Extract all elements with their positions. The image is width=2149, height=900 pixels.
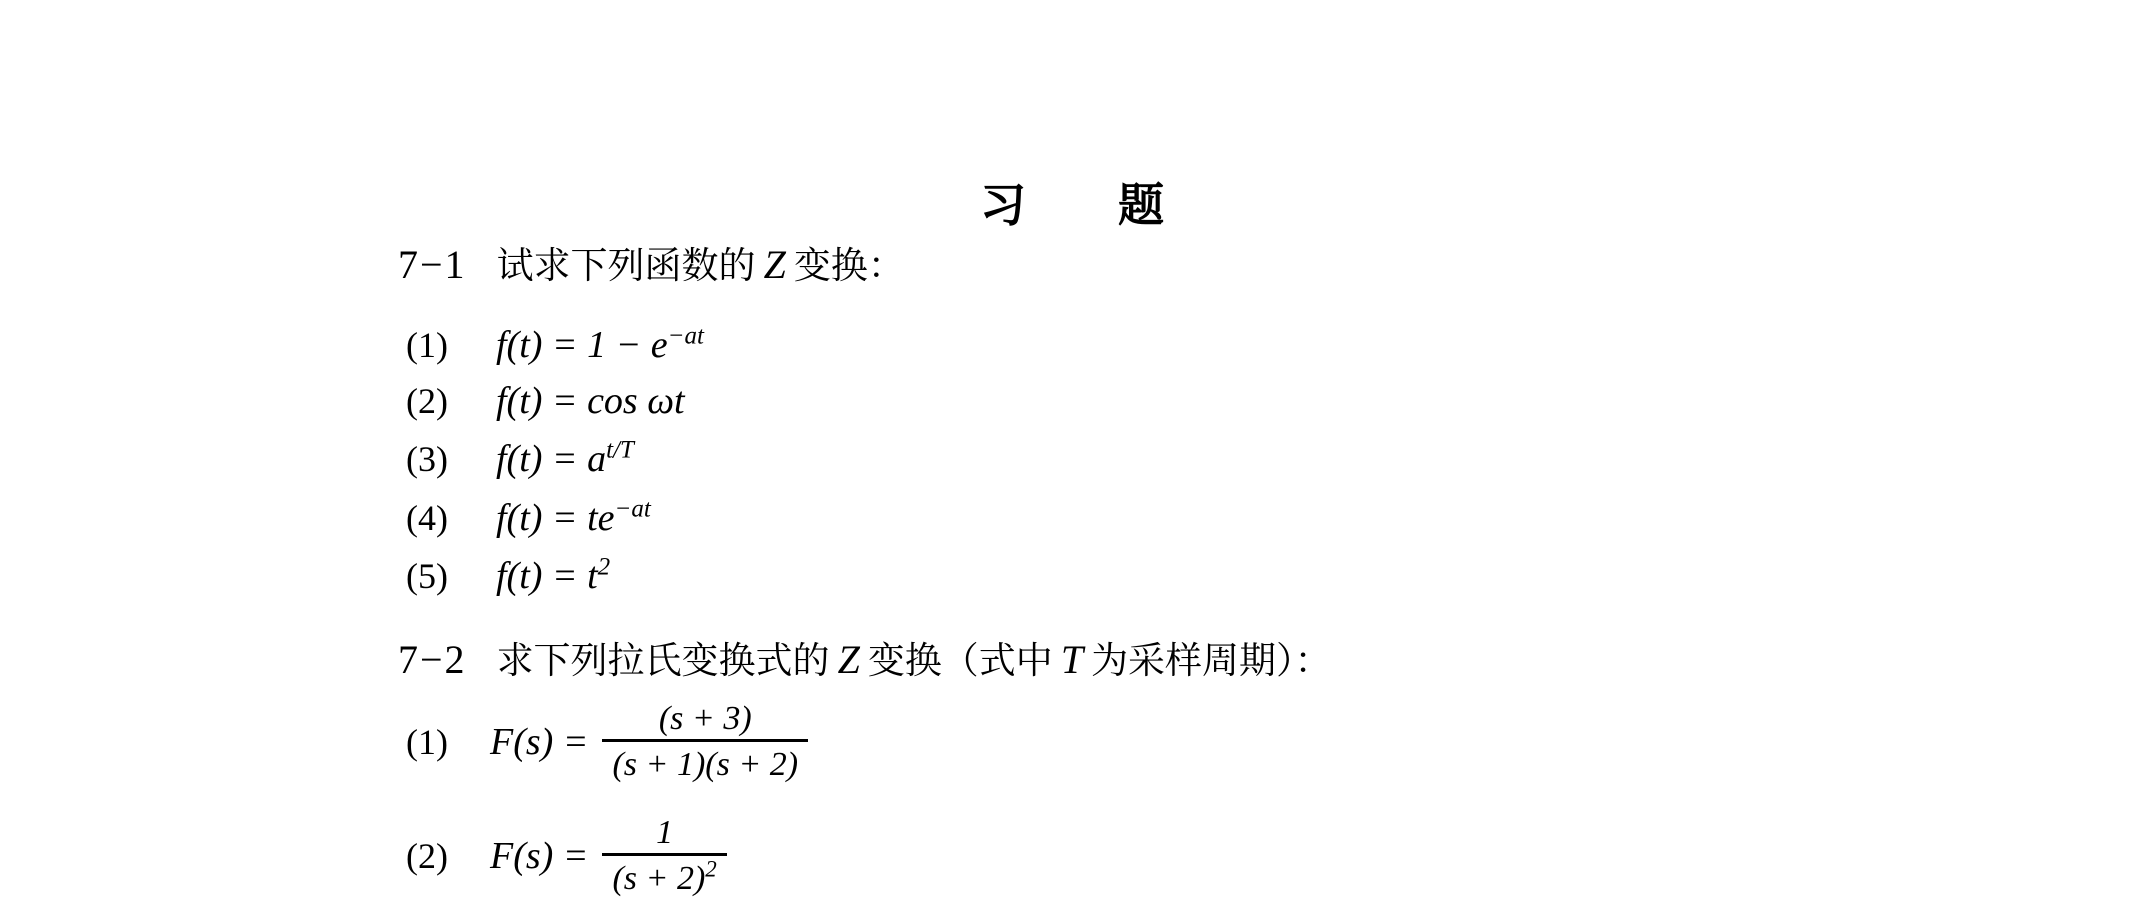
formula-base: f(t) = a [496,438,606,480]
formula-lhs: F(s) = [490,834,588,878]
document-page: 习 题 7−1试求下列函数的Z变换： (1)f(t) = 1 − e−at (2… [0,0,2149,900]
problem-7-2-text-post: 为采样周期）： [1091,641,1332,682]
item-number: (1) [406,325,496,366]
denominator-base: (s + 2) [612,860,705,897]
fraction-numerator: 1 [646,812,683,853]
denominator-superscript: 2 [705,857,717,882]
formula: f(t) = 1 − e−at [496,324,704,366]
denominator-base: (s + 1)(s + 2) [612,746,798,783]
page-title: 习 题 [980,182,1164,228]
problem-7-2-item-1: (1) F(s) = (s + 3) (s + 1)(s + 2) [406,698,808,786]
formula-base: f(t) = te [496,497,615,539]
fraction: 1 (s + 2)2 [602,812,726,900]
problem-7-2-item-2: (2) F(s) = 1 (s + 2)2 [406,812,727,900]
formula-base: f(t) = t [496,555,598,597]
problem-7-1-item-4: (4)f(t) = te−at [406,497,651,541]
formula-superscript: 2 [598,553,611,580]
formula-lhs: F(s) = [490,720,588,764]
problem-7-2-number: 7−2 [398,637,467,683]
fraction-denominator: (s + 2)2 [602,853,726,899]
formula: f(t) = cos ωt [496,380,685,422]
formula-superscript: −at [615,495,651,522]
math-variable-t: T [1053,637,1091,682]
formula-base: f(t) = 1 − e [496,324,668,366]
item-number: (4) [406,498,496,539]
item-number: (2) [406,381,496,422]
item-number: (3) [406,439,496,480]
fraction-numerator: (s + 3) [649,698,762,739]
fraction: (s + 3) (s + 1)(s + 2) [602,698,808,786]
problem-7-2-text-mid: 变换（式中 [868,641,1053,682]
formula: f(t) = te−at [496,497,651,539]
item-number: (5) [406,556,496,597]
problem-7-1-item-3: (3)f(t) = at/T [406,438,634,482]
item-number: (1) [406,721,490,763]
problem-7-1-number: 7−1 [398,242,467,288]
item-number: (2) [406,835,490,877]
problem-7-2-text-pre: 求下列拉氏变换式的 [497,641,830,682]
problem-7-1-item-2: (2)f(t) = cos ωt [406,380,685,424]
problem-7-1-item-5: (5)f(t) = t2 [406,555,610,599]
formula-base: f(t) = cos ωt [496,380,685,422]
problem-7-1-text-pre: 试求下列函数的 [497,246,756,287]
fraction-denominator: (s + 1)(s + 2) [602,739,808,785]
formula: f(t) = t2 [496,555,610,597]
problem-7-1-item-1: (1)f(t) = 1 − e−at [406,324,704,368]
math-variable-z: Z [756,242,794,287]
formula-superscript: −at [668,322,704,349]
problem-7-1-heading: 7−1试求下列函数的Z变换： [398,242,905,289]
problem-7-1-text-post: 变换： [794,246,905,287]
formula: f(t) = at/T [496,438,634,480]
problem-7-2-heading: 7−2求下列拉氏变换式的Z变换（式中T为采样周期）： [398,637,1332,684]
formula-superscript: t/T [606,436,634,463]
math-variable-z: Z [830,637,868,682]
